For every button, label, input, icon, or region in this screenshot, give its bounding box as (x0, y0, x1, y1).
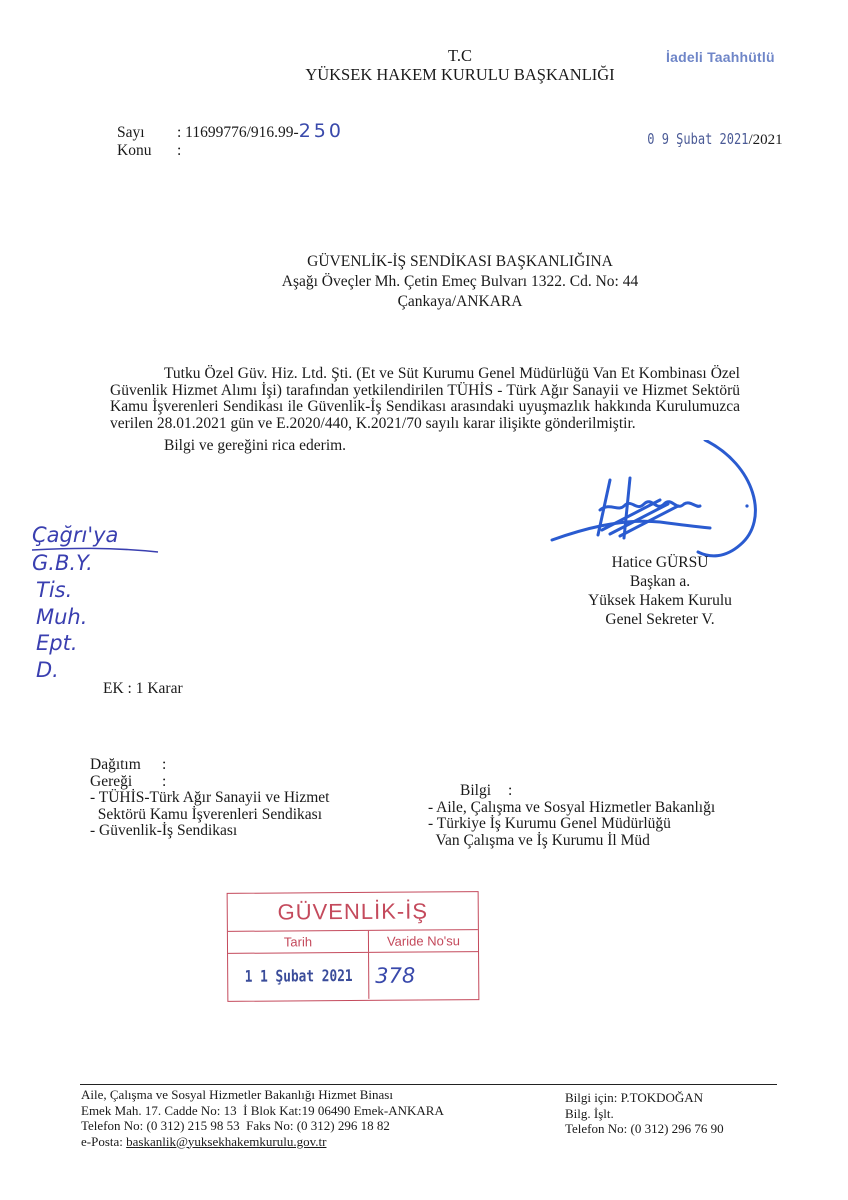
stamp-number-value: 378 (369, 952, 478, 999)
registered-mail-stamp: İadeli Taahhütlü (666, 49, 775, 65)
letterhead: T.C YÜKSEK HAKEM KURULU BAŞKANLIĞI (280, 46, 640, 84)
bilgi-item: Van Çalışma ve İş Kurumu İl Müd (428, 833, 715, 850)
bilgi-label: Bilgi (460, 783, 508, 800)
footer-address-line: Aile, Çalışma ve Sosyal Hizmetler Bakanl… (81, 1087, 444, 1103)
geregi-label: Gereği (90, 774, 162, 791)
note-line: Muh. (36, 605, 87, 629)
email-link[interactable]: baskanlik@yuksekhakemkurulu.gov.tr (126, 1134, 326, 1149)
note-line: Çağrı'ya (32, 523, 118, 547)
email-label: e-Posta: (81, 1134, 126, 1149)
handwritten-notes: Çağrı'ya G.B.Y. Tis. Muh. Ept. D. (30, 522, 180, 682)
stamp-date-value: 1 1 Şubat 2021 (244, 953, 352, 1000)
received-stamp: GÜVENLİK-İŞ Tarih Varide No'su 1 1 Şubat… (227, 891, 480, 1002)
bilgi-item: - Aile, Çalışma ve Sosyal Hizmetler Baka… (428, 800, 715, 817)
note-line: D. (36, 658, 59, 682)
distribution-label: Dağıtım (90, 757, 162, 774)
signer-title: Başkan a. (570, 572, 750, 591)
signer-name: Hatice GÜRSU (570, 553, 750, 572)
note-line: G.B.Y. (32, 551, 93, 575)
recipient-address: Aşağı Öveçler Mh. Çetin Emeç Bulvarı 132… (230, 272, 690, 292)
footer-address: Aile, Çalışma ve Sosyal Hizmetler Bakanl… (81, 1087, 444, 1149)
reference-block: Sayı: 11699776/916.99-250 Konu: (117, 122, 344, 160)
geregi-item: - Güvenlik-İş Sendikası (90, 823, 330, 840)
geregi-item: Sektörü Kamu İşverenleri Sendikası (90, 807, 330, 824)
contact-title: Bilg. İşlt. (565, 1106, 724, 1122)
konu-value: : (177, 142, 181, 159)
signer-org: Yüksek Hakem Kurulu (570, 591, 750, 610)
konu-row: Konu: (117, 142, 344, 160)
date-suffix: /2021 (748, 132, 782, 148)
sayi-row: Sayı: 11699776/916.99-250 (117, 122, 344, 142)
sayi-handwritten: 250 (299, 120, 344, 142)
distribution-geregi: Dağıtım: Gereği: - TÜHİS-Türk Ağır Sanay… (90, 757, 330, 840)
colon: : (162, 773, 166, 790)
bilgi-item: - Türkiye İş Kurumu Genel Müdürlüğü (428, 816, 715, 833)
document-date: 0 9 Şubat 2021/2021 (622, 130, 783, 149)
geregi-item: - TÜHİS-Türk Ağır Sanayii ve Hizmet (90, 790, 330, 807)
stamp-date-header: Tarih (228, 931, 369, 953)
body-paragraph: Tutku Özel Güv. Hiz. Ltd. Şti. (Et ve Sü… (110, 366, 740, 432)
recipient-name: GÜVENLİK-İŞ SENDİKASI BAŞKANLIĞINA (230, 252, 690, 272)
letterhead-institution: YÜKSEK HAKEM KURULU BAŞKANLIĞI (280, 65, 640, 84)
stamp-org: GÜVENLİK-İŞ (228, 892, 478, 932)
colon: : (162, 756, 166, 773)
colon: : (508, 782, 512, 799)
contact-phone: Telefon No: (0 312) 296 76 90 (565, 1121, 724, 1137)
signer-block: Hatice GÜRSU Başkan a. Yüksek Hakem Kuru… (570, 553, 750, 629)
distribution-bilgi: Bilgi: - Aile, Çalışma ve Sosyal Hizmetl… (428, 783, 715, 849)
note-line: Ept. (36, 631, 78, 655)
attachment-line: EK : 1 Karar (103, 680, 183, 698)
letterhead-tc: T.C (280, 46, 640, 65)
recipient-city: Çankaya/ANKARA (230, 292, 690, 312)
footer-contact: Bilgi için: P.TOKDOĞAN Bilg. İşlt. Telef… (565, 1090, 724, 1137)
recipient-block: GÜVENLİK-İŞ SENDİKASI BAŞKANLIĞINA Aşağı… (230, 252, 690, 312)
contact-name: Bilgi için: P.TOKDOĞAN (565, 1090, 724, 1106)
footer-phone-fax: Telefon No: (0 312) 215 98 53 Faks No: (… (81, 1118, 444, 1134)
signature-icon (540, 440, 770, 565)
stamp-number-header: Varide No'su (369, 930, 478, 952)
konu-label: Konu (117, 142, 177, 160)
footer-divider (80, 1084, 777, 1085)
footer-address-line: Emek Mah. 17. Cadde No: 13 İ Blok Kat:19… (81, 1103, 444, 1119)
note-line: Tis. (36, 578, 72, 602)
sayi-value: : 11699776/916.99- (177, 124, 299, 141)
signer-role: Genel Sekreter V. (570, 610, 750, 629)
sayi-label: Sayı (117, 124, 177, 142)
date-stamp: 0 9 Şubat 2021 (647, 130, 748, 148)
